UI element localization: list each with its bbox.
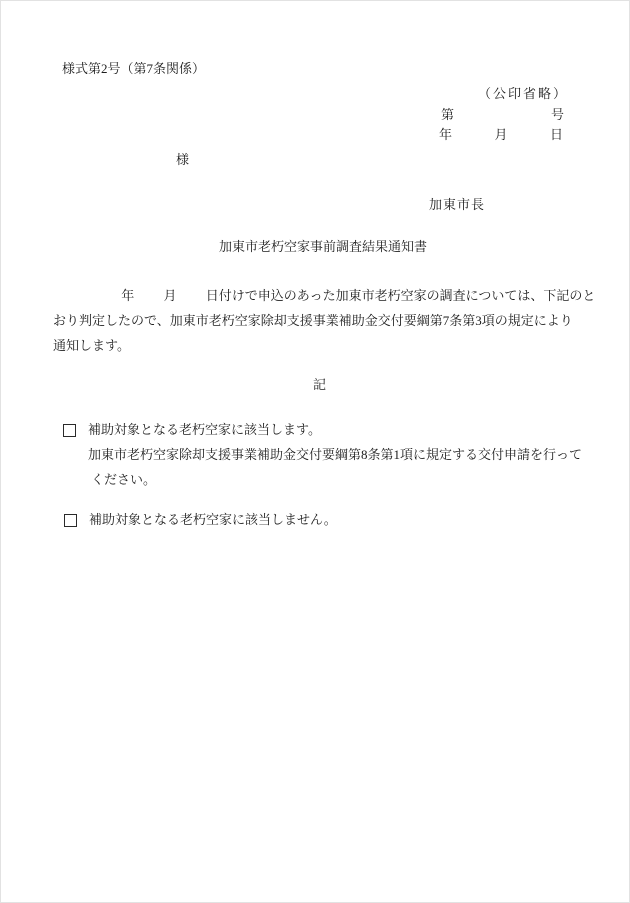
form-number: 様式第2号（第7条関係）: [62, 62, 205, 75]
document-page: 様式第2号（第7条関係） （公印省略） 第 号 年 月 日 様 加東市長 加東市…: [0, 0, 630, 903]
document-title: 加東市老朽空家事前調査結果通知書: [219, 240, 427, 253]
option-not-eligible-text: 補助対象となる老朽空家に該当しません。: [89, 513, 337, 526]
body-paragraph-line: 通知します。: [53, 339, 130, 352]
body-paragraph-line: 年 月 日付けで申込のあった加東市老朽空家の調査については、下記のと: [53, 289, 595, 302]
addressee-honorific: 様: [176, 153, 189, 166]
body-paragraph-line: おり判定したので、加東市老朽空家除却支援事業補助金交付要綱第7条第3項の規定によ…: [53, 314, 573, 327]
option-eligible-text: 加東市老朽空家除却支援事業補助金交付要綱第8条第1項に規定する交付申請を行って: [88, 448, 582, 461]
checkbox-option-eligible[interactable]: [63, 424, 76, 437]
checkbox-option-not-eligible[interactable]: [64, 514, 77, 527]
date-year-label: 年: [439, 128, 452, 141]
sender-title: 加東市長: [429, 198, 485, 211]
date-month-label: 月: [494, 128, 507, 141]
date-line: 年 月 日: [439, 128, 563, 141]
record-marker: 記: [313, 378, 326, 391]
document-number-suffix: 号: [551, 108, 564, 121]
option-eligible-text: 補助対象となる老朽空家に該当します。: [88, 423, 321, 436]
document-number-line: 第 号: [441, 108, 564, 121]
document-number-prefix: 第: [441, 108, 454, 121]
seal-omitted-note: （公印省略）: [478, 87, 568, 100]
option-eligible-text: ください。: [91, 473, 156, 486]
date-day-label: 日: [550, 128, 563, 141]
